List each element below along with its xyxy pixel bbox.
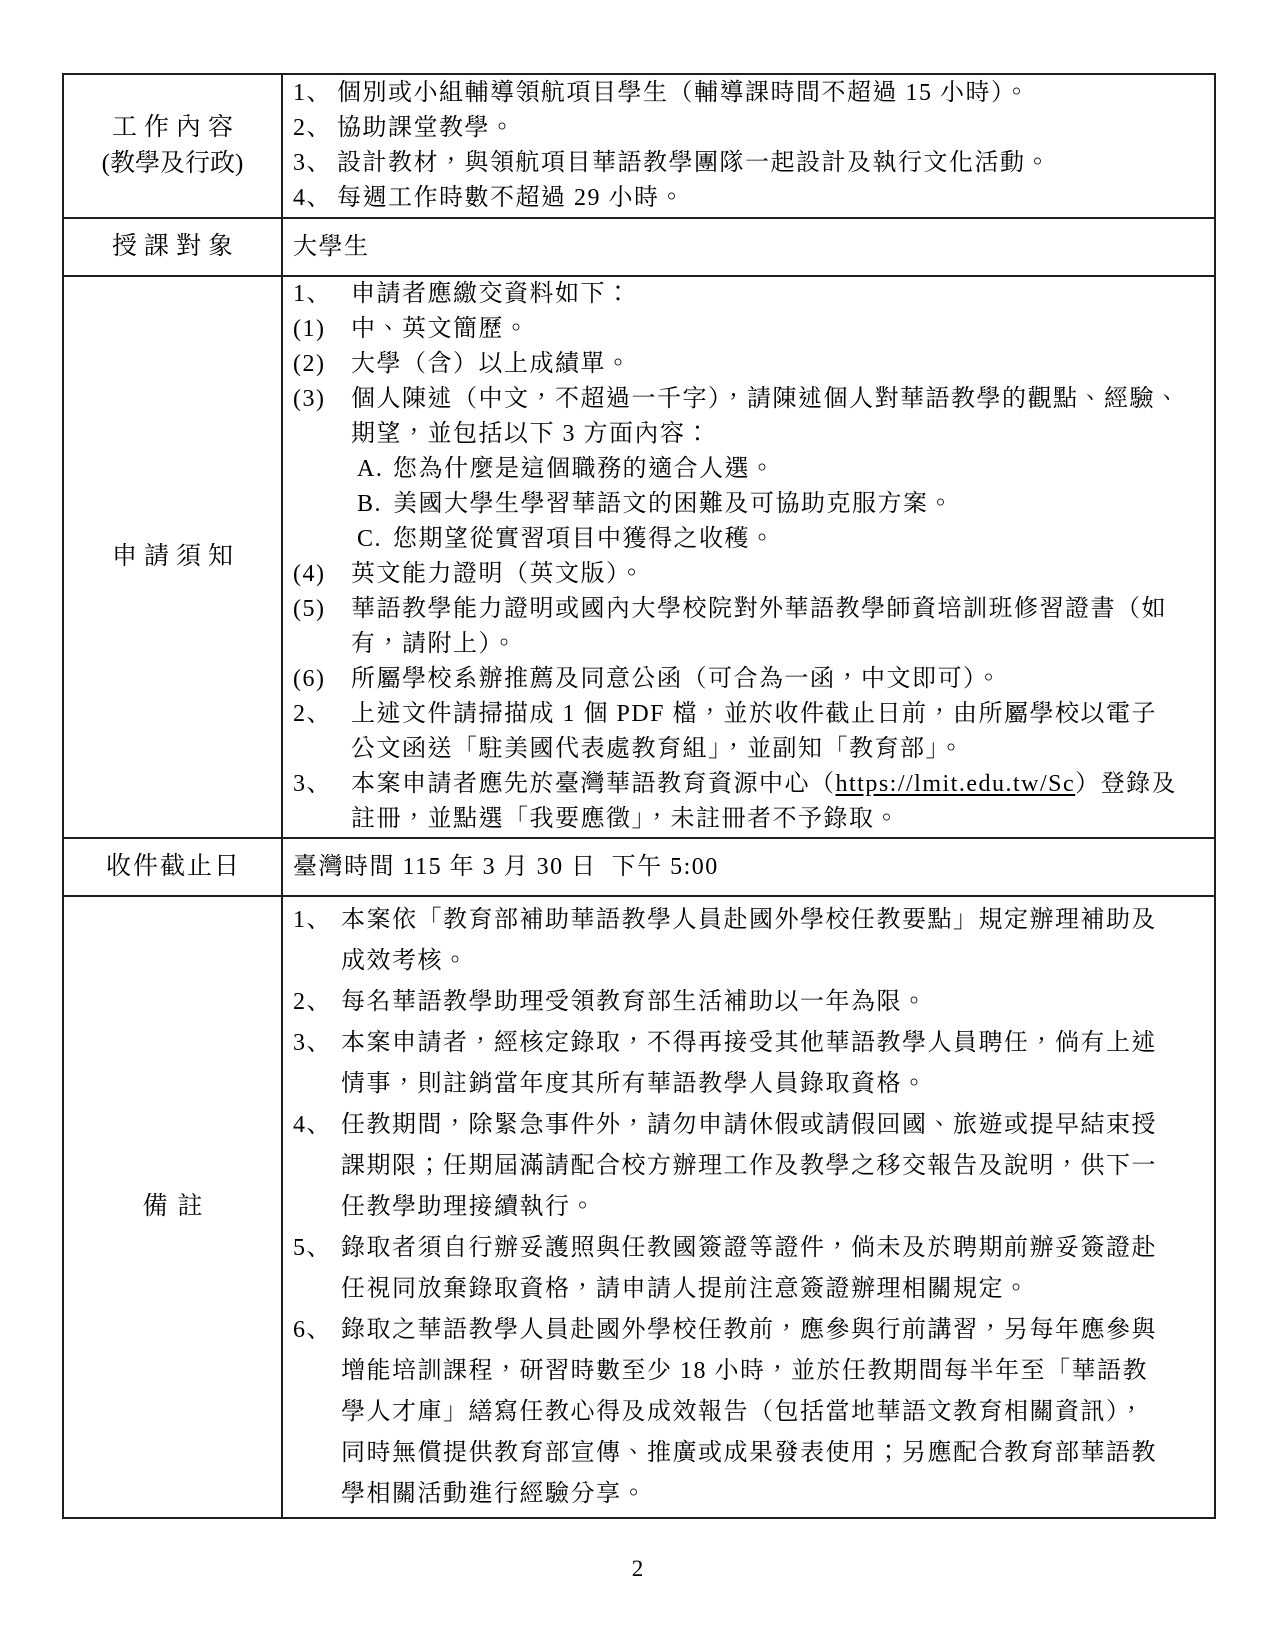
content-line: 增能培訓課程，研習時數至少 18 小時，並於任教期間每半年至「華語教 (341, 1351, 1208, 1392)
list-marker: 2、 (293, 697, 351, 732)
line-text: 上述文件請掃描成 1 個 PDF 檔，並於收件截止日前，由所屬學校以電子 (351, 697, 1157, 732)
content-line: 1、個別或小組輔導領航項目學生（輔導課時間不超過 15 小時）。 (293, 76, 1208, 111)
list-marker: 3、 (293, 1023, 341, 1064)
row-content-remarks: 1、本案依「教育部補助華語教學人員赴國外學校任教要點」規定辦理補助及成效考核。2… (283, 897, 1214, 1517)
list-marker: 2、 (293, 111, 337, 146)
content-line: 3、本案申請者，經核定錄取，不得再接受其他華語教學人員聘任，倘有上述 (293, 1023, 1208, 1064)
content-line: 課期限；任期屆滿請配合校方辦理工作及教學之移交報告及說明，供下一 (341, 1146, 1208, 1187)
row-label-application-notes: 申請須知 (64, 277, 283, 837)
list-marker: 2、 (293, 982, 341, 1023)
line-text: 大學生 (293, 230, 370, 265)
content-line: 同時無償提供教育部宣傳、推廣或成果發表使用；另應配合教育部華語教 (341, 1433, 1208, 1474)
content-line: 4、每週工作時數不超過 29 小時。 (293, 181, 1208, 216)
row-label-text: 收件截止日 (106, 849, 241, 885)
row-label-text: 申請須知 (112, 539, 240, 575)
line-text: 英文能力證明（英文版）。 (351, 557, 645, 592)
content-line: (6)所屬學校系辦推薦及同意公函（可合為一函，中文即可）。 (293, 662, 1208, 697)
row-content-teaching-audience: 大學生 (283, 219, 1214, 275)
list-marker: (3) (293, 382, 351, 417)
content-line: 6、錄取之華語教學人員赴國外學校任教前，應參與行前講習，另每年應參與 (293, 1310, 1208, 1351)
line-text: 華語教學能力證明或國內大學校院對外華語教學師資培訓班修習證書（如 (351, 592, 1167, 627)
list-marker: A. (357, 452, 393, 487)
table-row-job-duties: 工作內容(教學及行政)1、個別或小組輔導領航項目學生（輔導課時間不超過 15 小… (64, 75, 1214, 217)
row-content-deadline: 臺灣時間 115 年 3 月 30 日 下午 5:00 (283, 839, 1214, 895)
table-row-remarks: 備註1、本案依「教育部補助華語教學人員赴國外學校任教要點」規定辦理補助及成效考核… (64, 895, 1214, 1517)
content-line: 臺灣時間 115 年 3 月 30 日 下午 5:00 (293, 850, 1208, 885)
content-line: 1、本案依「教育部補助華語教學人員赴國外學校任教要點」規定辦理補助及 (293, 900, 1208, 941)
line-text: 您期望從實習項目中獲得之收穫。 (393, 522, 776, 557)
line-text: 所屬學校系辦推薦及同意公函（可合為一函，中文即可）。 (351, 662, 1002, 697)
line-text: 本案申請者，經核定錄取，不得再接受其他華語教學人員聘任，倘有上述 (341, 1023, 1157, 1064)
list-marker: 6、 (293, 1310, 341, 1351)
row-label-deadline: 收件截止日 (64, 839, 283, 895)
table-row-deadline: 收件截止日臺灣時間 115 年 3 月 30 日 下午 5:00 (64, 837, 1214, 895)
content-line: 2、每名華語教學助理受領教育部生活補助以一年為限。 (293, 982, 1208, 1023)
content-line: (1)中、英文簡歷。 (293, 312, 1208, 347)
row-label-job-duties: 工作內容(教學及行政) (64, 75, 283, 217)
content-line: 情事，則註銷當年度其所有華語教學人員錄取資格。 (341, 1064, 1208, 1105)
list-marker: 4、 (293, 1105, 341, 1146)
line-text: 學人才庫」繕寫任教心得及成效報告（包括當地華語文教育相關資訊）， (341, 1392, 1145, 1433)
content-line: 5、錄取者須自行辦妥護照與任教國簽證等證件，倘未及於聘期前辦妥簽證赴 (293, 1228, 1208, 1269)
table-row-application-notes: 申請須知1、申請者應繳交資料如下：(1)中、英文簡歷。(2)大學（含）以上成績單… (64, 275, 1214, 837)
content-line: 大學生 (293, 230, 1208, 265)
row-content-application-notes: 1、申請者應繳交資料如下：(1)中、英文簡歷。(2)大學（含）以上成績單。(3)… (283, 277, 1214, 837)
list-marker: (6) (293, 662, 351, 697)
content-line: 學人才庫」繕寫任教心得及成效報告（包括當地華語文教育相關資訊）， (341, 1392, 1208, 1433)
line-text: 公文函送「駐美國代表處教育組」，並副知「教育部」。 (351, 732, 965, 767)
row-label-text: (教學及行政) (102, 146, 244, 182)
list-marker: 3、 (293, 767, 351, 802)
line-text: 個人陳述（中文，不超過一千字），請陳述個人對華語教學的觀點、經驗、 (351, 382, 1181, 417)
line-text: 成效考核。 (341, 941, 469, 982)
line-text: 錄取之華語教學人員赴國外學校任教前，應參與行前講習，另每年應參與 (341, 1310, 1157, 1351)
list-marker: (2) (293, 347, 351, 382)
content-line: 2、上述文件請掃描成 1 個 PDF 檔，並於收件截止日前，由所屬學校以電子 (293, 697, 1208, 732)
list-marker: (1) (293, 312, 351, 347)
content-line: 4、任教期間，除緊急事件外，請勿申請休假或請假回國、旅遊或提早結束授 (293, 1105, 1208, 1146)
content-line: 期望，並包括以下 3 方面內容： (351, 417, 1208, 452)
page-number: 2 (0, 1556, 1275, 1582)
document-page: { "page": { "number": "2" }, "colors": {… (0, 0, 1275, 1650)
external-link[interactable]: https://lmit.edu.tw/Sc (836, 767, 1076, 802)
row-label-teaching-audience: 授課對象 (64, 219, 283, 275)
content-line: (2)大學（含）以上成績單。 (293, 347, 1208, 382)
row-label-remarks: 備註 (64, 897, 283, 1517)
list-marker: 1、 (293, 900, 341, 941)
content-line: C.您期望從實習項目中獲得之收穫。 (357, 522, 1208, 557)
content-line: (4)英文能力證明（英文版）。 (293, 557, 1208, 592)
line-text: 任教期間，除緊急事件外，請勿申請休假或請假回國、旅遊或提早結束授 (341, 1105, 1157, 1146)
line-text: 有，請附上）。 (351, 627, 518, 662)
row-label-text: 備註 (142, 1189, 212, 1225)
line-text: 每週工作時數不超過 29 小時。 (337, 181, 685, 216)
row-content-job-duties: 1、個別或小組輔導領航項目學生（輔導課時間不超過 15 小時）。2、協助課堂教學… (283, 75, 1214, 217)
list-marker: (4) (293, 557, 351, 592)
content-line: 學相關活動進行經驗分享。 (341, 1474, 1208, 1515)
table-row-teaching-audience: 授課對象大學生 (64, 217, 1214, 275)
line-text: 協助課堂教學。 (337, 111, 516, 146)
line-text: ）登錄及 (1075, 767, 1177, 802)
list-marker: B. (357, 487, 393, 522)
content-line: A.您為什麼是這個職務的適合人選。 (357, 452, 1208, 487)
list-marker: 3、 (293, 146, 337, 181)
line-text: 任教學助理接續執行。 (341, 1187, 596, 1228)
line-text: 個別或小組輔導領航項目學生（輔導課時間不超過 15 小時）。 (337, 76, 1030, 111)
line-text: 中、英文簡歷。 (351, 312, 530, 347)
list-marker: 1、 (293, 277, 351, 312)
line-text: 增能培訓課程，研習時數至少 18 小時，並於任教期間每半年至「華語教 (341, 1351, 1148, 1392)
line-text: 申請者應繳交資料如下： (351, 277, 632, 312)
list-marker: (5) (293, 592, 351, 627)
content-line: 3、本案申請者應先於臺灣華語教育資源中心（https://lmit.edu.tw… (293, 767, 1208, 802)
list-marker: 5、 (293, 1228, 341, 1269)
list-marker: C. (357, 522, 393, 557)
row-label-text: 授課對象 (112, 229, 240, 265)
content-line: 有，請附上）。 (351, 627, 1208, 662)
line-text: 臺灣時間 115 年 3 月 30 日 下午 5:00 (293, 850, 719, 885)
content-line: 任教學助理接續執行。 (341, 1187, 1208, 1228)
line-text: 錄取者須自行辦妥護照與任教國簽證等證件，倘未及於聘期前辦妥簽證赴 (341, 1228, 1157, 1269)
content-line: 公文函送「駐美國代表處教育組」，並副知「教育部」。 (351, 732, 1208, 767)
line-text: 每名華語教學助理受領教育部生活補助以一年為限。 (341, 982, 928, 1023)
line-text: 課期限；任期屆滿請配合校方辦理工作及教學之移交報告及說明，供下一 (341, 1146, 1157, 1187)
content-line: 2、協助課堂教學。 (293, 111, 1208, 146)
line-text: 同時無償提供教育部宣傳、推廣或成果發表使用；另應配合教育部華語教 (341, 1433, 1157, 1474)
line-text: 設計教材，與領航項目華語教學團隊一起設計及執行文化活動。 (337, 146, 1051, 181)
list-marker: 1、 (293, 76, 337, 111)
line-text: 情事，則註銷當年度其所有華語教學人員錄取資格。 (341, 1064, 928, 1105)
line-text: 您為什麼是這個職務的適合人選。 (393, 452, 776, 487)
content-line: 成效考核。 (341, 941, 1208, 982)
list-marker: 4、 (293, 181, 337, 216)
content-line: 任視同放棄錄取資格，請申請人提前注意簽證辦理相關規定。 (341, 1269, 1208, 1310)
content-line: B.美國大學生學習華語文的困難及可協助克服方案。 (357, 487, 1208, 522)
content-line: (5)華語教學能力證明或國內大學校院對外華語教學師資培訓班修習證書（如 (293, 592, 1208, 627)
line-text: 任視同放棄錄取資格，請申請人提前注意簽證辦理相關規定。 (341, 1269, 1030, 1310)
content-line: 註冊，並點選「我要應徵」，未註冊者不予錄取。 (351, 802, 1208, 837)
line-text: 大學（含）以上成績單。 (351, 347, 632, 382)
row-label-text: 工作內容 (112, 110, 240, 146)
content-line: (3)個人陳述（中文，不超過一千字），請陳述個人對華語教學的觀點、經驗、 (293, 382, 1208, 417)
line-text: 學相關活動進行經驗分享。 (341, 1474, 647, 1515)
content-line: 1、申請者應繳交資料如下： (293, 277, 1208, 312)
content-line: 3、設計教材，與領航項目華語教學團隊一起設計及執行文化活動。 (293, 146, 1208, 181)
line-text: 本案申請者應先於臺灣華語教育資源中心（ (351, 767, 836, 802)
line-text: 註冊，並點選「我要應徵」，未註冊者不予錄取。 (351, 802, 900, 837)
doc-table: 工作內容(教學及行政)1、個別或小組輔導領航項目學生（輔導課時間不超過 15 小… (62, 73, 1216, 1519)
line-text: 期望，並包括以下 3 方面內容： (351, 417, 711, 452)
line-text: 美國大學生學習華語文的困難及可協助克服方案。 (393, 487, 954, 522)
line-text: 本案依「教育部補助華語教學人員赴國外學校任教要點」規定辦理補助及 (341, 900, 1157, 941)
